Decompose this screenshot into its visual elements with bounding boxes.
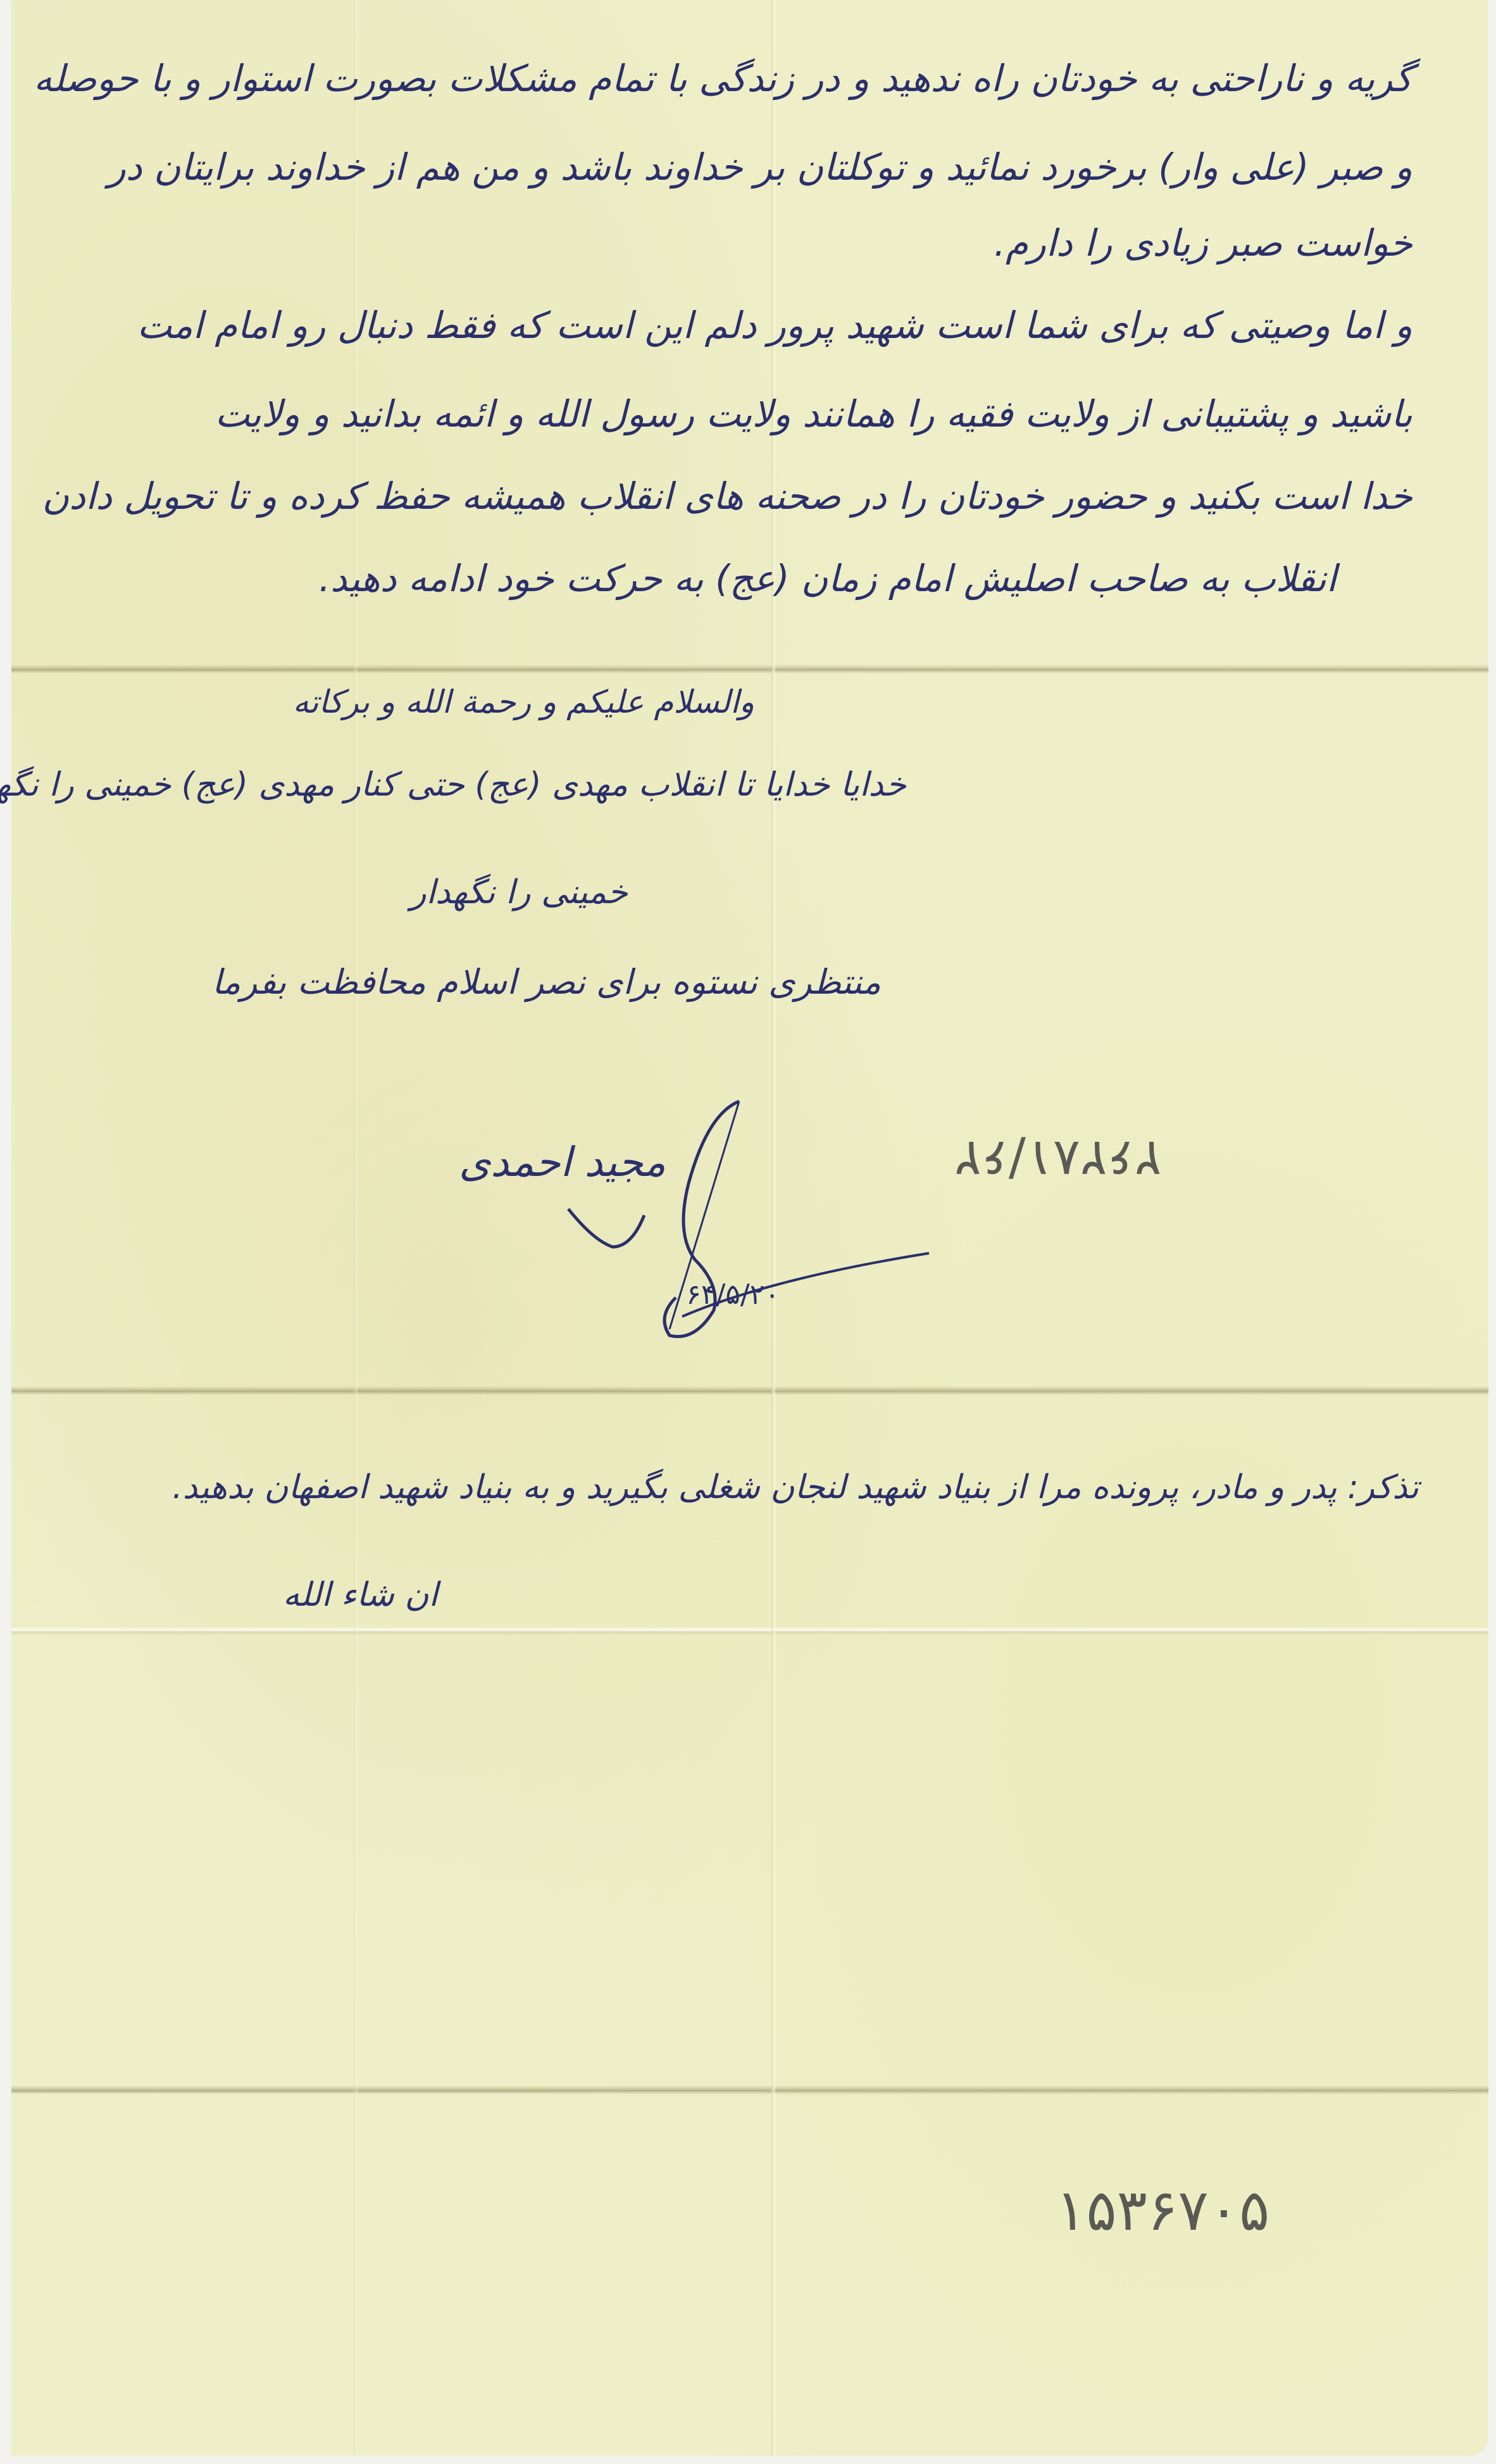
fold-line [11,2086,1488,2094]
slogan: منتظری نستوه برای نصر اسلام محافظت بفرما [212,962,881,1002]
postscript-closing: ان شاء الله [283,1576,438,1614]
body-line: خواست صبر زیادی را دارم. [994,222,1412,265]
postscript-line: تذکر: پدر و مادر، پرونده مرا از بنیاد شه… [172,1468,1419,1506]
pencil-annotation: ۲۶۲۸۱/۶۲ [954,1130,1162,1189]
body-line: و اما وصیتی که برای شما است شهید پرور دل… [137,304,1412,347]
slogan: خمینی را نگهدار [410,873,628,911]
fold-line-vertical [353,0,358,2456]
archive-number: ۱۵۳۶۷۰۵ [1056,2177,1269,2244]
body-line: گریه و ناراحتی به خودتان راه ندهید و در … [34,57,1412,100]
fold-line [11,1386,1488,1395]
fold-line [11,1627,1488,1635]
salutation: والسلام علیکم و رحمة الله و برکاته [293,684,754,720]
slogan: خدایا خدایا تا انقلاب مهدی (عج) حتی کنار… [0,766,906,804]
body-line: و صبر (علی وار) برخورد نمائید و توکلتان … [108,146,1412,189]
body-line: انقلاب به صاحب اصلیش امام زمان (عج) به ح… [319,557,1337,600]
letter-sheet: گریه و ناراحتی به خودتان راه ندهید و در … [11,0,1488,2456]
fold-line [11,665,1488,673]
body-line: خدا است بکنید و حضور خودتان را در صحنه ه… [42,475,1412,518]
body-line: باشید و پشتیبانی از ولایت فقیه را همانند… [215,392,1412,435]
signature-date: ۶۴/۵/۲۰ [686,1279,780,1311]
